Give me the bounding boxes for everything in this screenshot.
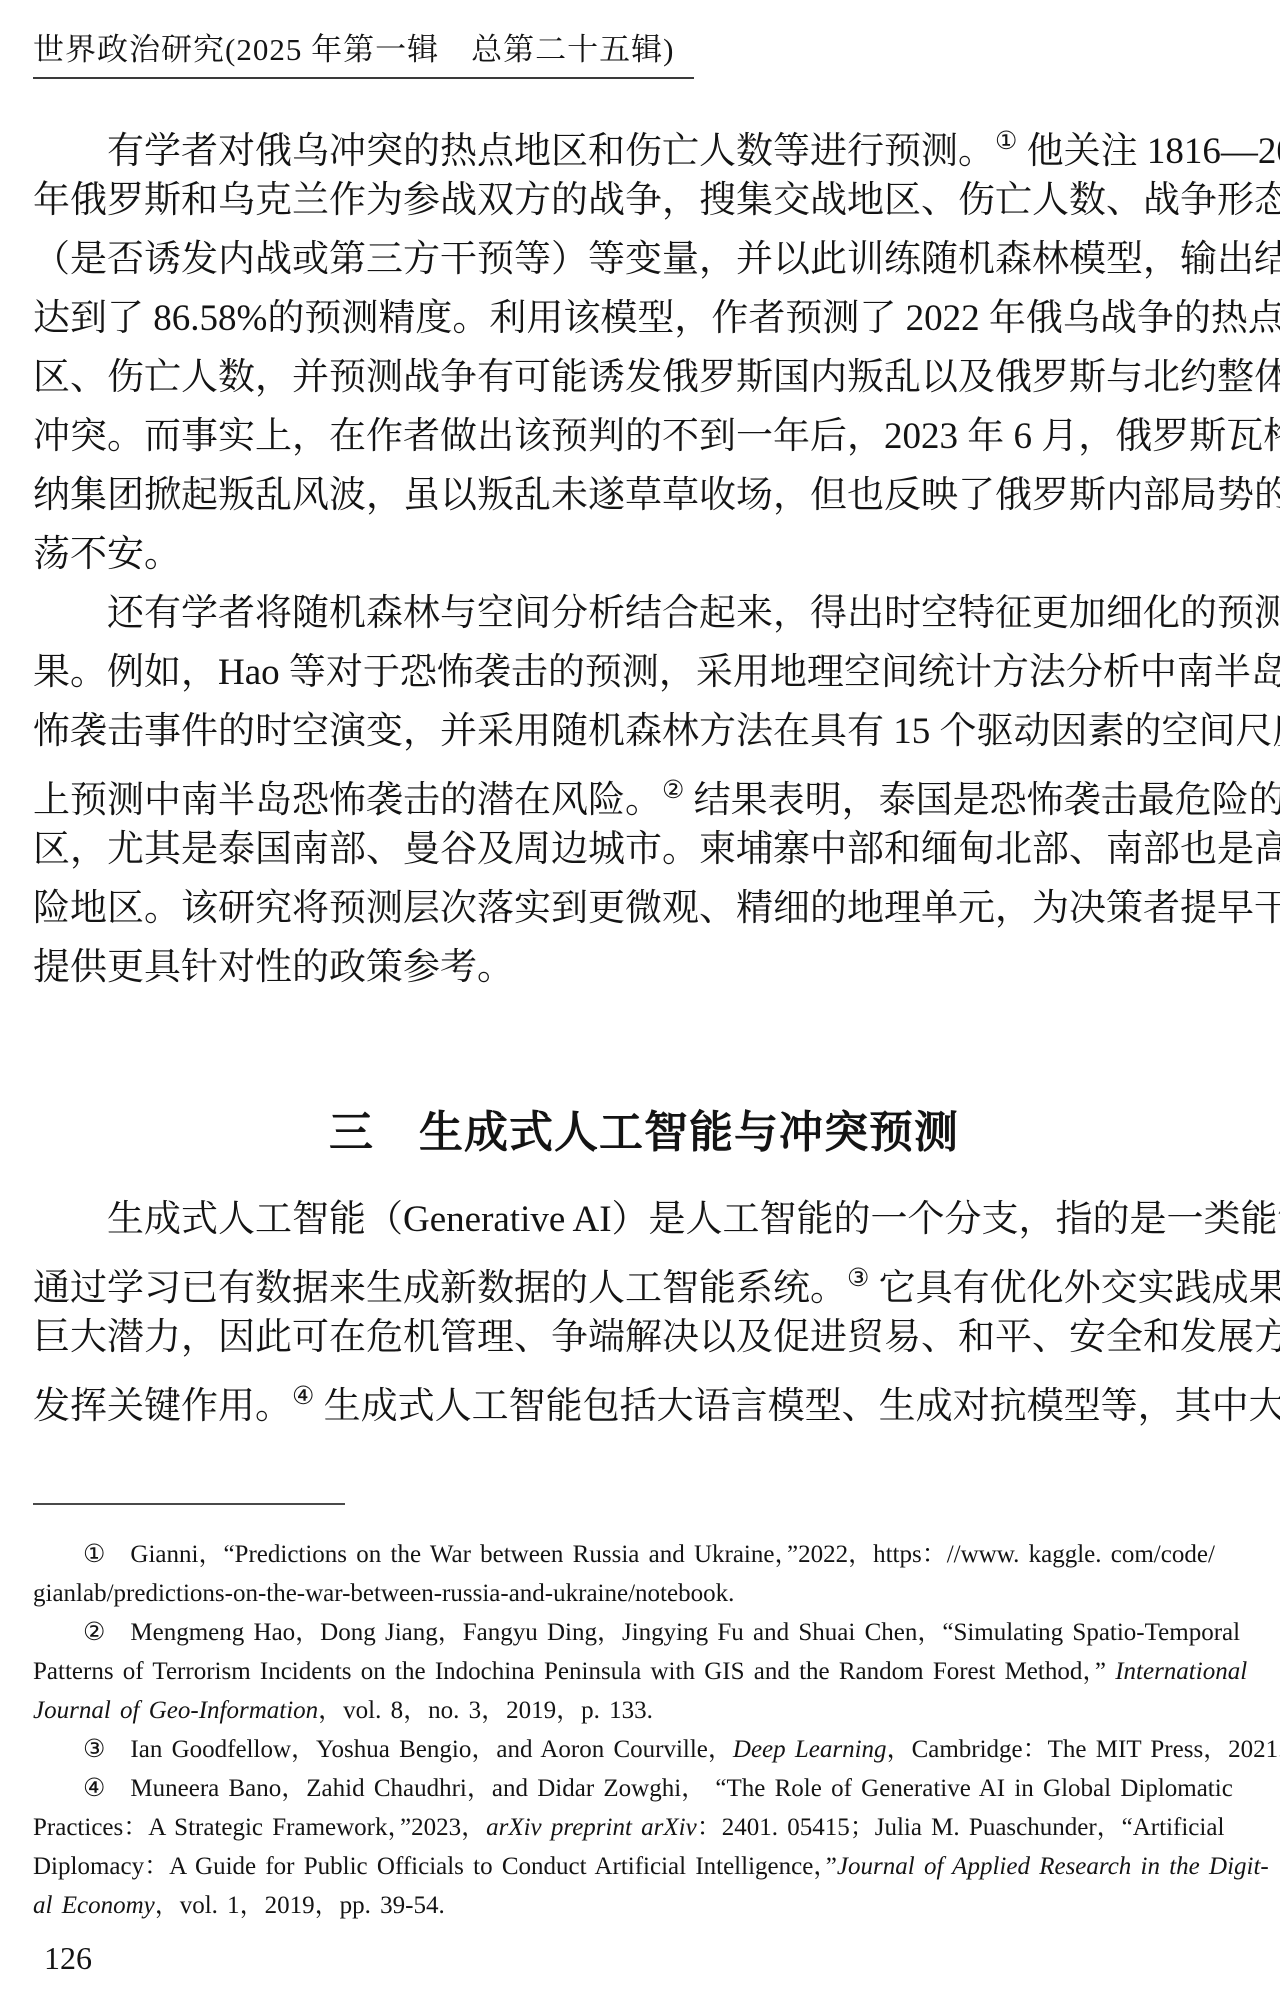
text-line: 还有学者将随机森林与空间分析结合起来，得出时空特征更加细化的预测结 <box>33 584 1255 643</box>
italic-text-run: International <box>1106 1658 1247 1685</box>
text-line: （是否诱发内战或第三方干预等）等变量，并以此训练随机森林模型，输出结果 <box>33 230 1255 289</box>
footnote-line: Practices：A Strategic Framework，”2023，ar… <box>33 1808 1255 1847</box>
text-line: 上预测中南半岛恐怖袭击的潜在风险。② 结果表明，泰国是恐怖袭击最危险的地 <box>33 761 1255 820</box>
text-run: 发挥关键作用。 <box>33 1386 292 1427</box>
footnote-2: ② Mengmeng Hao，Dong Jiang，Fangyu Ding，Ji… <box>33 1613 1255 1730</box>
text-run: 生成式人工智能（Generative AI）是人工智能的一个分支，指的是一类能够 <box>107 1199 1280 1240</box>
footnote-line: al Economy，vol. 1，2019，pp. 39-54. <box>33 1886 1255 1925</box>
footnote-4: ④ Muneera Bano，Zahid Chaudhri，and Didar … <box>33 1769 1255 1925</box>
footnote-ref-mark: ① <box>995 128 1017 155</box>
text-line: 区、伤亡人数，并预测战争有可能诱发俄罗斯国内叛乱以及俄罗斯与北约整体的 <box>33 348 1255 407</box>
running-header: 世界政治研究(2025 年第一辑 总第二十五辑) <box>33 31 694 79</box>
text-run: 纳集团掀起叛乱风波，虽以叛乱未遂草草收场，但也反映了俄罗斯内部局势的动 <box>33 475 1280 516</box>
footnote-line: gianlab/predictions-on-the-war-between-r… <box>33 1574 1255 1613</box>
italic-text-run: arXiv preprint arXiv <box>486 1814 697 1841</box>
italic-text-run: al Economy <box>33 1892 155 1919</box>
text-run: ：2401. 05415；Julia M. Puaschunder，“Artif… <box>697 1814 1225 1841</box>
text-line: 巨大潜力，因此可在危机管理、争端解决以及促进贸易、和平、安全和发展方面 <box>33 1308 1255 1367</box>
footnote-3: ③ Ian Goodfellow，Yoshua Bengio，and Aoron… <box>33 1730 1255 1769</box>
italic-text-run: Deep Learning <box>733 1736 887 1763</box>
text-line: 果。例如，Hao 等对于恐怖袭击的预测，采用地理空间统计方法分析中南半岛恐 <box>33 643 1255 702</box>
footnote-line: Patterns of Terrorism Incidents on the I… <box>33 1652 1255 1691</box>
text-run: 上预测中南半岛恐怖袭击的潜在风险。 <box>33 780 662 821</box>
footnote-ref-mark: ④ <box>292 1383 314 1410</box>
page-number: 126 <box>44 1938 92 1978</box>
text-run: ③ Ian Goodfellow，Yoshua Bengio，and Aoron… <box>83 1736 733 1763</box>
text-run: Patterns of Terrorism Incidents on the I… <box>33 1658 1106 1685</box>
text-run: Practices：A Strategic Framework，”2023， <box>33 1814 486 1841</box>
text-run: 险地区。该研究将预测层次落实到更微观、精细的地理单元，为决策者提早干预 <box>33 888 1280 929</box>
text-run: ，vol. 1，2019，pp. 39-54. <box>155 1892 445 1919</box>
text-line: 提供更具针对性的政策参考。 <box>33 938 1255 997</box>
text-run: 区、伤亡人数，并预测战争有可能诱发俄罗斯国内叛乱以及俄罗斯与北约整体的 <box>33 357 1280 398</box>
italic-text-run: Journal of Applied Research in the Digit… <box>837 1853 1269 1880</box>
footnote-line: Diplomacy：A Guide for Public Officials t… <box>33 1847 1255 1886</box>
text-run: 通过学习已有数据来生成新数据的人工智能系统。 <box>33 1268 847 1309</box>
text-run: 还有学者将随机森林与空间分析结合起来，得出时空特征更加细化的预测结 <box>107 593 1280 634</box>
text-line: 冲突。而事实上，在作者做出该预判的不到一年后，2023 年 6 月，俄罗斯瓦格 <box>33 407 1255 466</box>
text-run: 结果表明，泰国是恐怖袭击最危险的地 <box>684 780 1280 821</box>
italic-text-run: Journal of Geo-Information <box>33 1697 318 1724</box>
text-line: 达到了 86.58%的预测精度。利用该模型，作者预测了 2022 年俄乌战争的热… <box>33 289 1255 348</box>
text-run: 有学者对俄乌冲突的热点地区和伤亡人数等进行预测。 <box>107 131 995 172</box>
paragraph-2: 还有学者将随机森林与空间分析结合起来，得出时空特征更加细化的预测结果。例如，Ha… <box>33 584 1255 997</box>
text-run: 怖袭击事件的时空演变，并采用随机森林方法在具有 15 个驱动因素的空间尺度 <box>33 711 1280 752</box>
footnote-1: ① Gianni，“Predictions on the War between… <box>33 1535 1255 1613</box>
text-run: 冲突。而事实上，在作者做出该预判的不到一年后，2023 年 6 月，俄罗斯瓦格 <box>33 416 1280 457</box>
text-run: ，Cambridge：The MIT Press，2021. <box>887 1736 1280 1763</box>
text-run: 他关注 1816—2004 <box>1017 131 1280 172</box>
text-run: Diplomacy：A Guide for Public Officials t… <box>33 1853 837 1880</box>
text-run: ，vol. 8，no. 3，2019，p. 133. <box>318 1697 653 1724</box>
text-run: 巨大潜力，因此可在危机管理、争端解决以及促进贸易、和平、安全和发展方面 <box>33 1317 1280 1358</box>
document-page: 世界政治研究(2025 年第一辑 总第二十五辑) 有学者对俄乌冲突的热点地区和伤… <box>0 0 1280 2013</box>
footnotes: ① Gianni，“Predictions on the War between… <box>33 1535 1255 1925</box>
text-run: ④ Muneera Bano，Zahid Chaudhri，and Didar … <box>83 1775 1233 1802</box>
text-run: 荡不安。 <box>33 534 181 575</box>
text-run: 年俄罗斯和乌克兰作为参战双方的战争，搜集交战地区、伤亡人数、战争形态 <box>33 180 1280 221</box>
text-line: 发挥关键作用。④ 生成式人工智能包括大语言模型、生成对抗模型等，其中大语 <box>33 1367 1255 1426</box>
text-run: 生成式人工智能包括大语言模型、生成对抗模型等，其中大语 <box>314 1386 1280 1427</box>
page-content: 有学者对俄乌冲突的热点地区和伤亡人数等进行预测。① 他关注 1816—2004年… <box>33 112 1255 1925</box>
text-line: 险地区。该研究将预测层次落实到更微观、精细的地理单元，为决策者提早干预 <box>33 879 1255 938</box>
text-run: gianlab/predictions-on-the-war-between-r… <box>33 1580 734 1607</box>
footnote-line: Journal of Geo-Information，vol. 8，no. 3，… <box>33 1691 1255 1730</box>
text-line: 纳集团掀起叛乱风波，虽以叛乱未遂草草收场，但也反映了俄罗斯内部局势的动 <box>33 466 1255 525</box>
paragraph-1: 有学者对俄乌冲突的热点地区和伤亡人数等进行预测。① 他关注 1816—2004年… <box>33 112 1255 584</box>
footnote-separator <box>33 1503 345 1505</box>
text-line: 怖袭击事件的时空演变，并采用随机森林方法在具有 15 个驱动因素的空间尺度 <box>33 702 1255 761</box>
text-line: 荡不安。 <box>33 525 1255 584</box>
footnote-ref-mark: ② <box>662 777 684 804</box>
text-run: 它具有优化外交实践成果的 <box>869 1268 1280 1309</box>
text-run: ② Mengmeng Hao，Dong Jiang，Fangyu Ding，Ji… <box>83 1619 1240 1646</box>
paragraph-3: 生成式人工智能（Generative AI）是人工智能的一个分支，指的是一类能够… <box>33 1190 1255 1426</box>
footnote-line: ② Mengmeng Hao，Dong Jiang，Fangyu Ding，Ji… <box>33 1613 1255 1652</box>
body-text: 有学者对俄乌冲突的热点地区和伤亡人数等进行预测。① 他关注 1816—2004年… <box>33 112 1255 1426</box>
running-header-title: 世界政治研究(2025 年第一辑 总第二十五辑) <box>33 32 674 67</box>
text-run: 果。例如，Hao 等对于恐怖袭击的预测，采用地理空间统计方法分析中南半岛恐 <box>33 652 1280 693</box>
footnote-line: ③ Ian Goodfellow，Yoshua Bengio，and Aoron… <box>33 1730 1255 1769</box>
text-line: 年俄罗斯和乌克兰作为参战双方的战争，搜集交战地区、伤亡人数、战争形态 <box>33 171 1255 230</box>
section-heading: 三 生成式人工智能与冲突预测 <box>33 1105 1255 1161</box>
text-run: ① Gianni，“Predictions on the War between… <box>83 1541 1215 1568</box>
text-run: 提供更具针对性的政策参考。 <box>33 947 514 988</box>
footnote-line: ① Gianni，“Predictions on the War between… <box>33 1535 1255 1574</box>
text-line: 通过学习已有数据来生成新数据的人工智能系统。③ 它具有优化外交实践成果的 <box>33 1249 1255 1308</box>
text-run: 区，尤其是泰国南部、曼谷及周边城市。柬埔寨中部和缅甸北部、南部也是高风 <box>33 829 1280 870</box>
footnote-line: ④ Muneera Bano，Zahid Chaudhri，and Didar … <box>33 1769 1255 1808</box>
text-run: （是否诱发内战或第三方干预等）等变量，并以此训练随机森林模型，输出结果 <box>33 239 1280 280</box>
text-line: 区，尤其是泰国南部、曼谷及周边城市。柬埔寨中部和缅甸北部、南部也是高风 <box>33 820 1255 879</box>
text-line: 生成式人工智能（Generative AI）是人工智能的一个分支，指的是一类能够 <box>33 1190 1255 1249</box>
text-line: 有学者对俄乌冲突的热点地区和伤亡人数等进行预测。① 他关注 1816—2004 <box>33 112 1255 171</box>
footnote-ref-mark: ③ <box>847 1265 869 1292</box>
text-run: 达到了 86.58%的预测精度。利用该模型，作者预测了 2022 年俄乌战争的热… <box>33 298 1280 339</box>
